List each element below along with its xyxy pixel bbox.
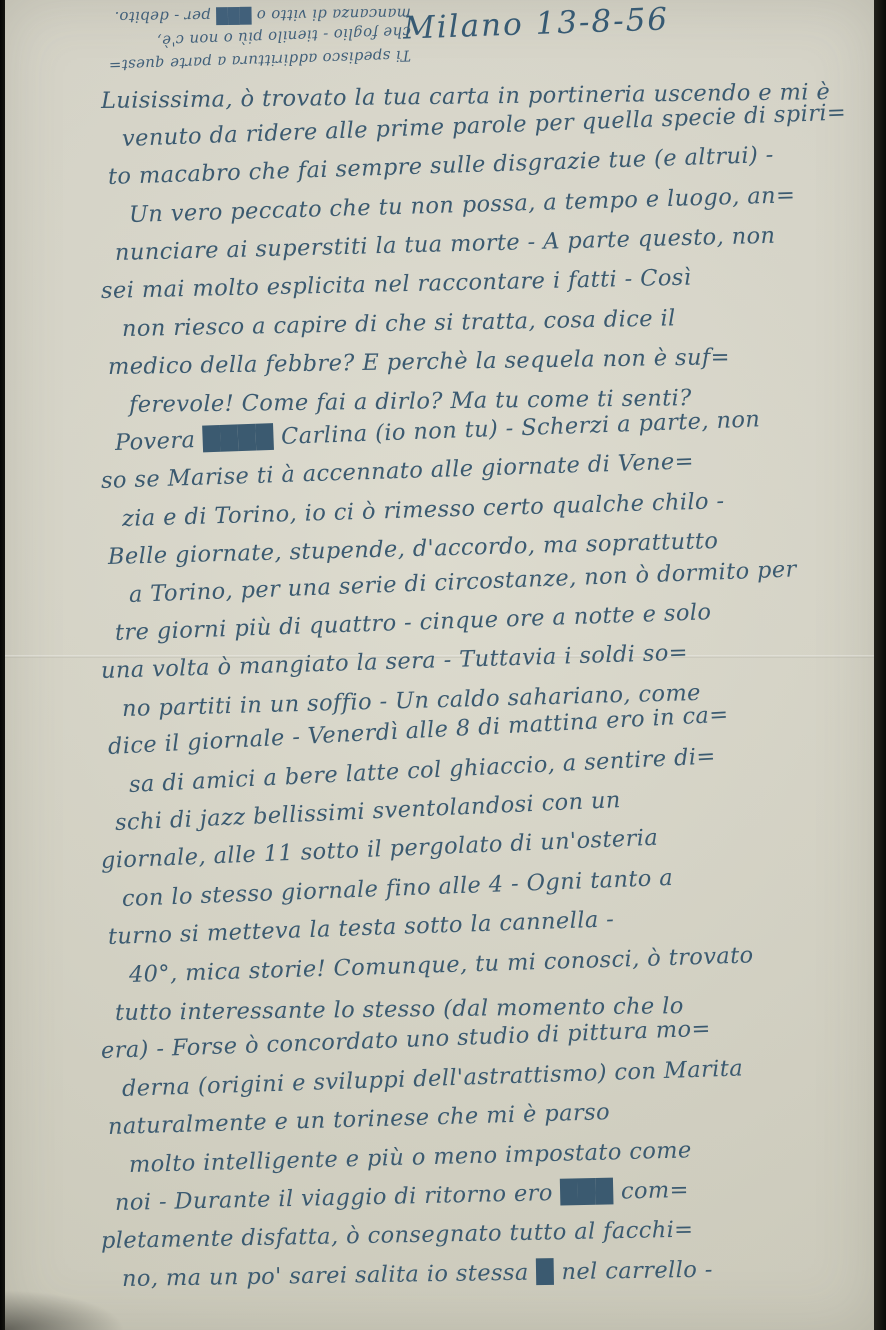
letter-body: Luisissima, ò trovato la tua carta in po…: [101, 82, 840, 1298]
scan-border-right: [874, 0, 886, 1330]
scan-background: { "letter": { "ink_color": "#3b5a70", "p…: [0, 0, 886, 1330]
corner-shadow: [5, 1290, 125, 1330]
letter-paper: mancanza di vitto o ███ per - debito.che…: [5, 0, 874, 1330]
letter-date: Milano 13-8-56: [402, 1, 669, 46]
inverted-postscript: mancanza di vitto o ███ per - debito.che…: [19, 4, 411, 73]
scan-border-left: [0, 0, 5, 1330]
